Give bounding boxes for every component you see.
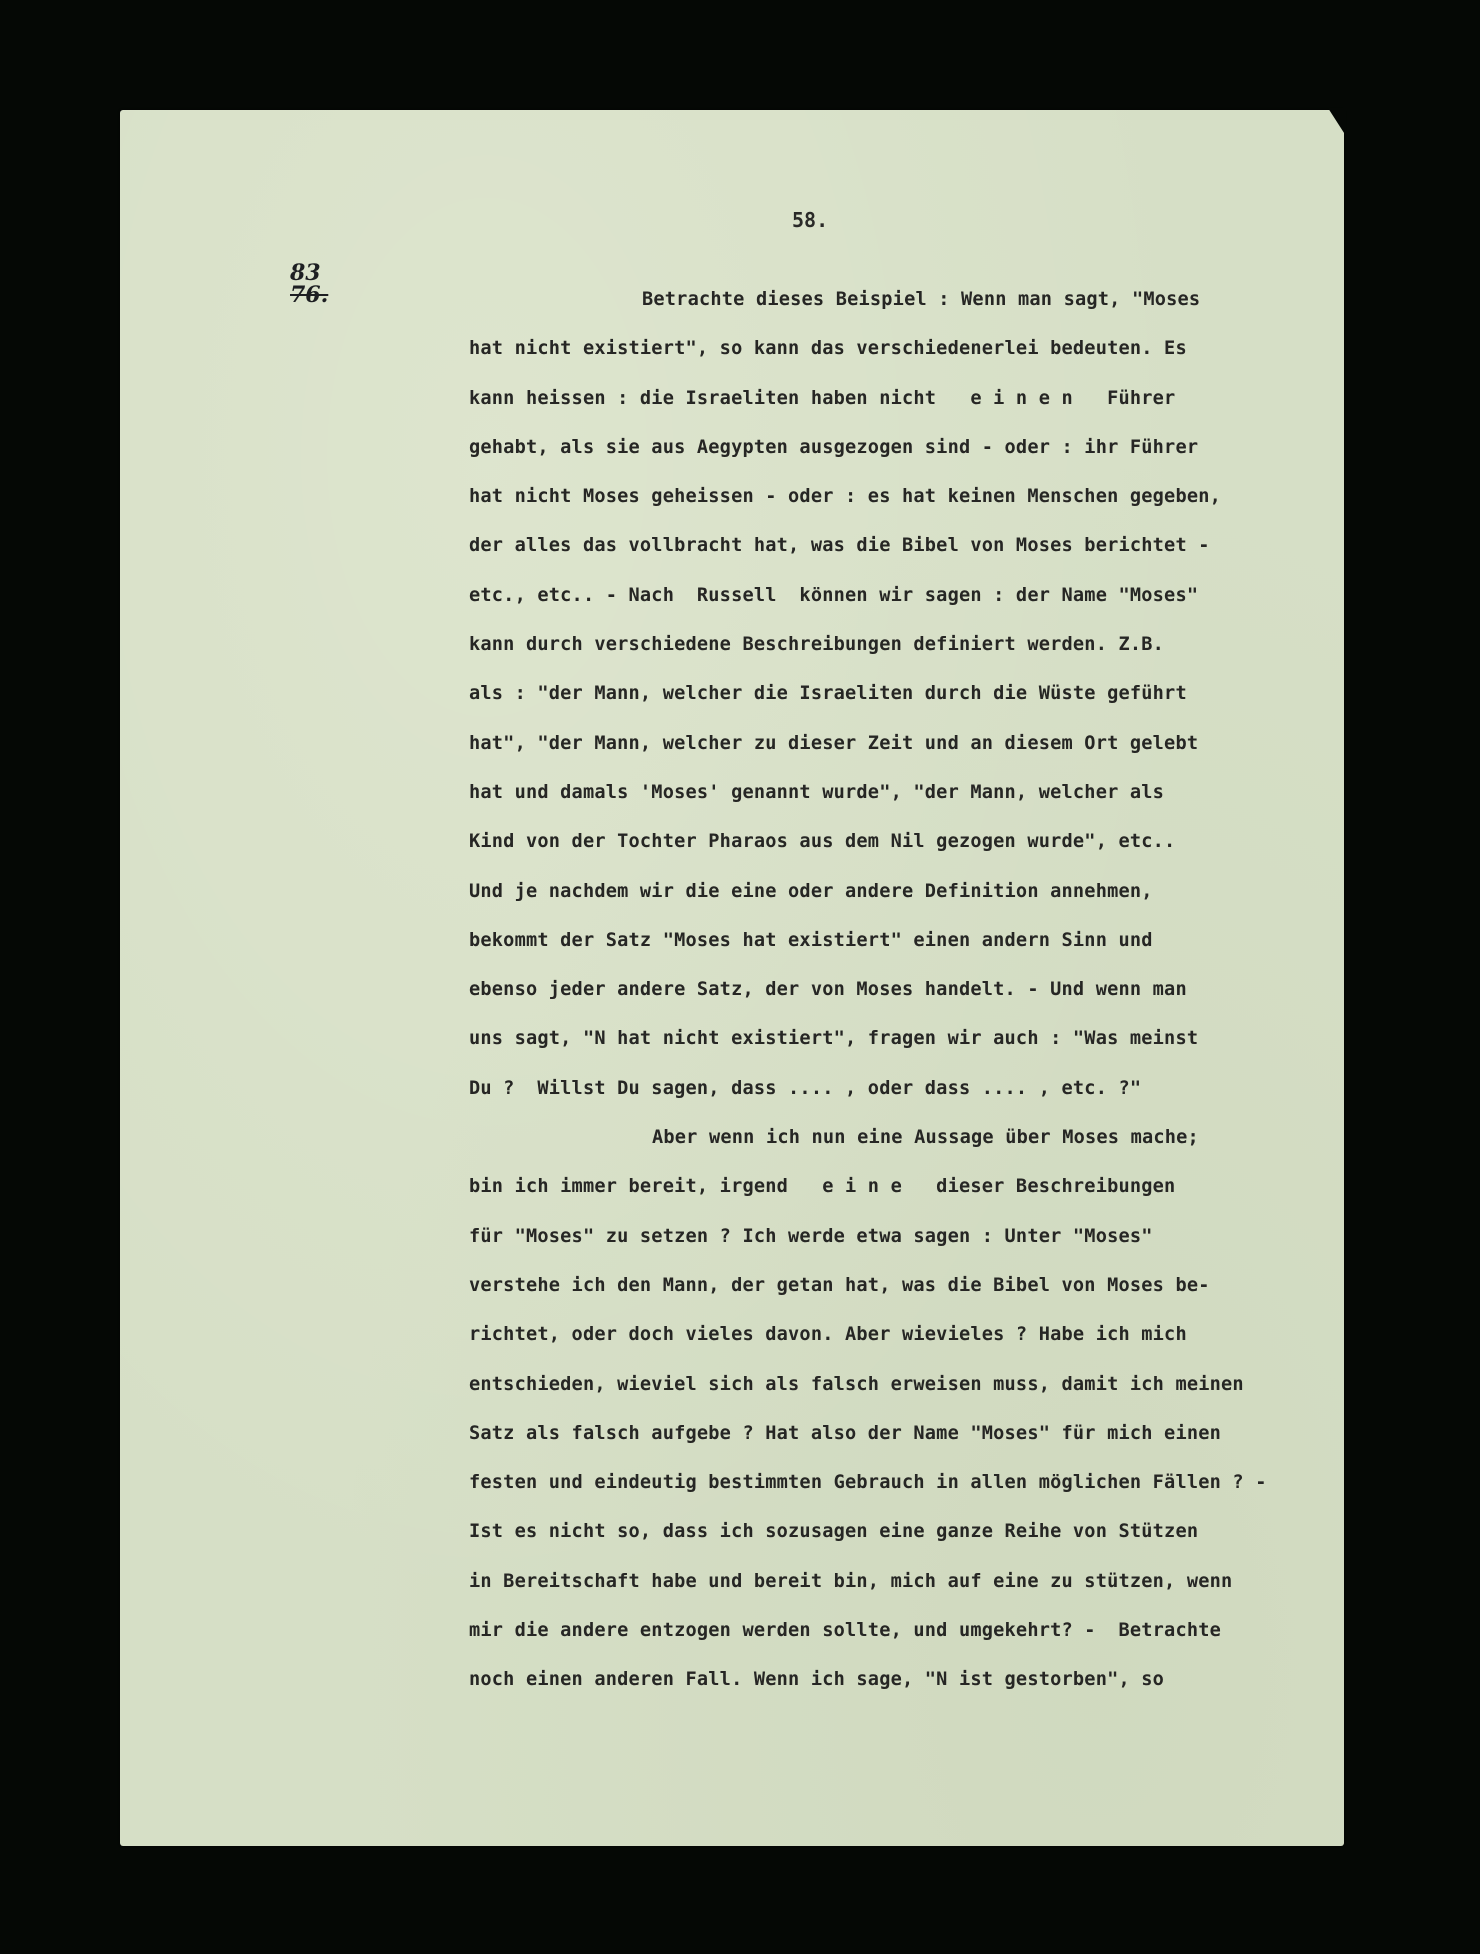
text-line: Kind von der Tochter Pharaos aus dem Nil… — [469, 826, 1329, 875]
body-text: Betrachte dieses Beispiel : Wenn man sag… — [469, 284, 1329, 1714]
text-line: richtet, oder doch vieles davon. Aber wi… — [469, 1319, 1329, 1368]
text-line: der alles das vollbracht hat, was die Bi… — [469, 530, 1329, 579]
text-line: mir die andere entzogen werden sollte, u… — [469, 1615, 1329, 1664]
text-line: kann heissen : die Israeliten haben nich… — [469, 383, 1329, 432]
text-line: Ist es nicht so, dass ich sozusagen eine… — [469, 1516, 1329, 1565]
text-line: bin ich immer bereit, irgend e i n e die… — [469, 1171, 1329, 1220]
text-line: hat", "der Mann, welcher zu dieser Zeit … — [469, 728, 1329, 777]
text-line: Und je nachdem wir die eine oder andere … — [469, 876, 1329, 925]
margin-number-current: 83 — [290, 262, 328, 284]
text-line: Satz als falsch aufgebe ? Hat also der N… — [469, 1418, 1329, 1467]
text-line: noch einen anderen Fall. Wenn ich sage, … — [469, 1664, 1329, 1713]
text-line: ebenso jeder andere Satz, der von Moses … — [469, 974, 1329, 1023]
page-number: 58. — [792, 208, 828, 232]
text-line: Betrachte dieses Beispiel : Wenn man sag… — [469, 284, 1329, 333]
text-line: in Bereitschaft habe und bereit bin, mic… — [469, 1566, 1329, 1615]
text-line: Aber wenn ich nun eine Aussage über Mose… — [469, 1122, 1329, 1171]
text-line: für "Moses" zu setzen ? Ich werde etwa s… — [469, 1221, 1329, 1270]
text-line: kann durch verschiedene Beschreibungen d… — [469, 629, 1329, 678]
text-line: Du ? Willst Du sagen, dass .... , oder d… — [469, 1073, 1329, 1122]
text-line: als : "der Mann, welcher die Israeliten … — [469, 678, 1329, 727]
text-line: entschieden, wieviel sich als falsch erw… — [469, 1369, 1329, 1418]
text-line: hat und damals 'Moses' genannt wurde", "… — [469, 777, 1329, 826]
margin-number-struck: 76. — [290, 284, 328, 306]
text-line: festen und eindeutig bestimmten Gebrauch… — [469, 1467, 1329, 1516]
text-line: hat nicht existiert", so kann das versch… — [469, 333, 1329, 382]
text-line: etc., etc.. - Nach Russell können wir sa… — [469, 580, 1329, 629]
text-line: bekommt der Satz "Moses hat existiert" e… — [469, 925, 1329, 974]
handwritten-margin-number: 83 76. — [290, 262, 328, 306]
text-line: hat nicht Moses geheissen - oder : es ha… — [469, 481, 1329, 530]
text-line: gehabt, als sie aus Aegypten ausgezogen … — [469, 432, 1329, 481]
text-line: verstehe ich den Mann, der getan hat, wa… — [469, 1270, 1329, 1319]
text-line: uns sagt, "N hat nicht existiert", frage… — [469, 1023, 1329, 1072]
